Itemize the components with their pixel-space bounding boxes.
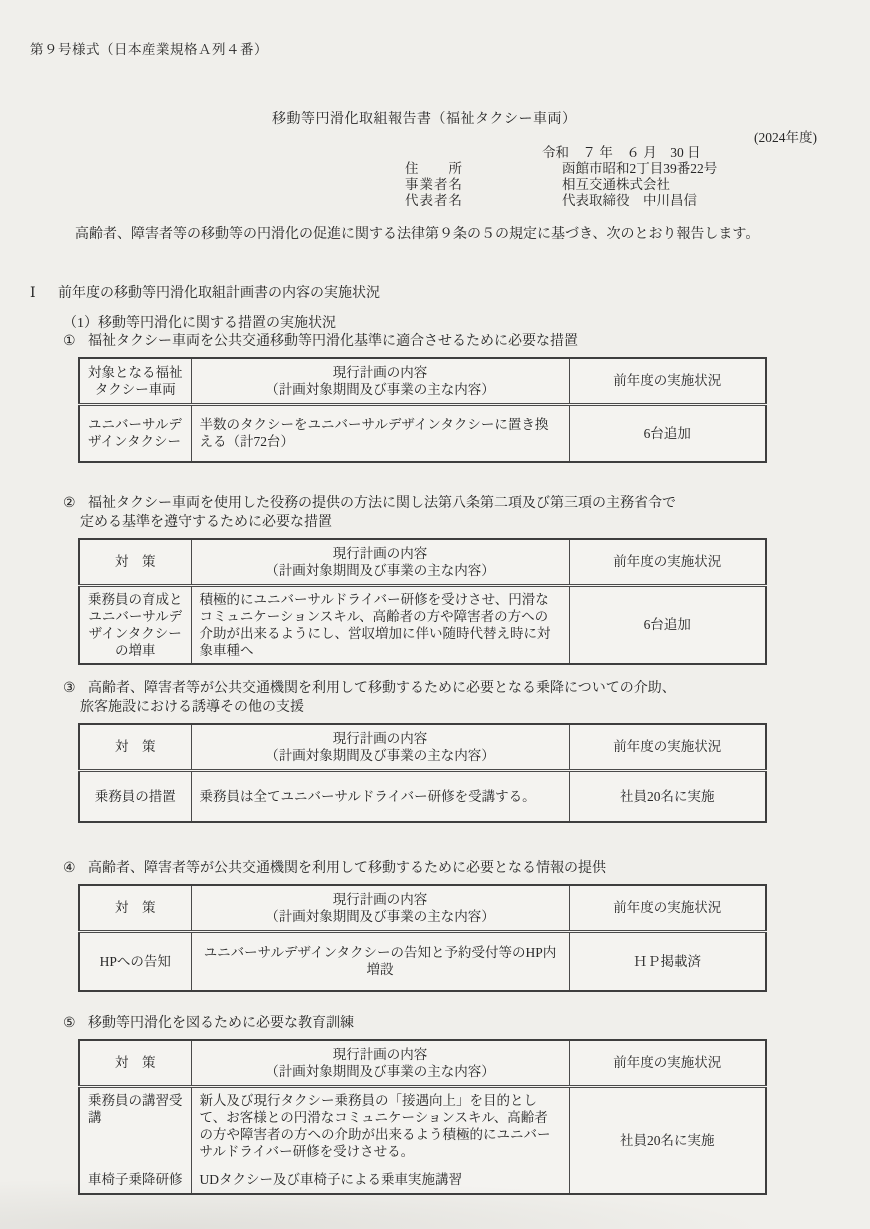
address-row: 住 所 函館市昭和2丁目39番22号 (405, 161, 717, 177)
operator-row: 事業者名 相互交通株式会社 (405, 177, 717, 193)
item2-heading-line2: 定める基準を遵守するために必要な措置 (63, 513, 793, 532)
item4-target-cell: HPへの告知 (79, 931, 191, 991)
operator-label: 事業者名 (405, 177, 562, 193)
item5-header-row: 対 策 現行計画の内容 （計画対象期間及び事業の主な内容） 前年度の実施状況 (79, 1040, 766, 1086)
submitter-block: 令和 ７ 年 ６ 月 30 日 住 所 函館市昭和2丁目39番22号 事業者名 … (405, 145, 717, 209)
item4-header-row: 対 策 現行計画の内容 （計画対象期間及び事業の主な内容） 前年度の実施状況 (79, 885, 766, 931)
item5-marker: ⑤ (63, 1014, 88, 1033)
item2-plan-cell: 積極的にユニバーサルドライバー研修を受けさせ、円滑なコミュニケーションスキル、高… (191, 585, 569, 664)
item5-status-cell: 社員20名に実施 (569, 1086, 766, 1194)
item3-heading: ③高齢者、障害者等が公共交通機関を利用して移動するために必要となる乗降についての… (63, 679, 793, 717)
item5-heading: ⑤移動等円滑化を図るために必要な教育訓練 (63, 1014, 793, 1033)
item1-col3-header: 前年度の実施状況 (569, 358, 766, 404)
item2-status-cell: 6台追加 (569, 585, 766, 664)
item3-plan-cell: 乗務員は全てユニバーサルドライバー研修を受講する。 (191, 770, 569, 822)
section1-heading: Ⅰ前年度の移動等円滑化取組計画書の内容の実施状況 (30, 282, 380, 302)
item5-col1-header: 対 策 (79, 1040, 191, 1086)
item5-col2-header: 現行計画の内容 （計画対象期間及び事業の主な内容） (191, 1040, 569, 1086)
section1-numeral: Ⅰ (30, 285, 58, 302)
item1-col2-header: 現行計画の内容 （計画対象期間及び事業の主な内容） (191, 358, 569, 404)
item2-data-row: 乗務員の育成とユニバーサルデザインタクシーの増車 積極的にユニバーサルドライバー… (79, 585, 766, 664)
item5-table: 対 策 現行計画の内容 （計画対象期間及び事業の主な内容） 前年度の実施状況 乗… (78, 1039, 767, 1195)
representative-row: 代表者名 代表取締役 中川昌信 (405, 193, 717, 209)
col2-header-line1: 現行計画の内容 (200, 730, 561, 747)
measure-item-2: ②福祉タクシー車両を使用した役務の提供の方法に関し法第八条第二項及び第三項の主務… (63, 494, 793, 665)
item1-col1-header: 対象となる福祉タクシー車両 (79, 358, 191, 404)
item1-status-cell: 6台追加 (569, 404, 766, 462)
measure-item-3: ③高齢者、障害者等が公共交通機関を利用して移動するために必要となる乗降についての… (63, 679, 793, 823)
item2-col2-header: 現行計画の内容 （計画対象期間及び事業の主な内容） (191, 539, 569, 585)
item3-heading-text: 高齢者、障害者等が公共交通機関を利用して移動するために必要となる乗降についての介… (88, 681, 676, 696)
operator-value: 相互交通株式会社 (562, 177, 670, 193)
report-date: 令和 ７ 年 ６ 月 30 日 (405, 145, 717, 161)
item5-data-row: 乗務員の講習受講 車椅子乗降研修 新人及び現行タクシー乗務員の「接遇向上」を目的… (79, 1086, 766, 1194)
col2-header-line2: （計画対象期間及び事業の主な内容） (200, 747, 561, 764)
item5-col3-header: 前年度の実施状況 (569, 1040, 766, 1086)
item1-target-cell: ユニバーサルデザインタクシー (79, 404, 191, 462)
item1-marker: ① (63, 332, 88, 351)
item4-marker: ④ (63, 859, 88, 878)
item4-data-row: HPへの告知 ユニバーサルデザインタクシーの告知と予約受付等のHP内増設 ＨＰ掲… (79, 931, 766, 991)
item2-col1-header: 対 策 (79, 539, 191, 585)
col2-header-line2: （計画対象期間及び事業の主な内容） (200, 562, 561, 579)
item3-col3-header: 前年度の実施状況 (569, 724, 766, 770)
measure-item-1: ①福祉タクシー車両を公共交通移動等円滑化基準に適合させるために必要な措置 対象と… (63, 332, 793, 463)
col2-header-line2: （計画対象期間及び事業の主な内容） (200, 1063, 561, 1080)
item1-plan-cell: 半数のタクシーをユニバーサルデザインタクシーに置き換える（計72台） (191, 404, 569, 462)
address-value: 函館市昭和2丁目39番22号 (562, 161, 717, 177)
item4-col3-header: 前年度の実施状況 (569, 885, 766, 931)
item4-plan-cell: ユニバーサルデザインタクシーの告知と予約受付等のHP内増設 (191, 931, 569, 991)
item5-heading-text: 移動等円滑化を図るために必要な教育訓練 (88, 1016, 354, 1031)
measure-item-5: ⑤移動等円滑化を図るために必要な教育訓練 対 策 現行計画の内容 （計画対象期間… (63, 1014, 793, 1195)
scanned-report-page: { "colors":{"paper":"#f0efeb","ink":"#26… (0, 0, 870, 1229)
item1-header-row: 対象となる福祉タクシー車両 現行計画の内容 （計画対象期間及び事業の主な内容） … (79, 358, 766, 404)
item3-heading-line2: 旅客施設における誘導その他の支援 (63, 698, 793, 717)
col2-header-line1: 現行計画の内容 (200, 1046, 561, 1063)
item2-heading-text: 福祉タクシー車両を使用した役務の提供の方法に関し法第八条第二項及び第三項の主務省… (88, 496, 676, 511)
item2-header-row: 対 策 現行計画の内容 （計画対象期間及び事業の主な内容） 前年度の実施状況 (79, 539, 766, 585)
item3-data-row: 乗務員の措置 乗務員は全てユニバーサルドライバー研修を受講する。 社員20名に実… (79, 770, 766, 822)
item3-marker: ③ (63, 679, 88, 698)
item2-target-cell: 乗務員の育成とユニバーサルデザインタクシーの増車 (79, 585, 191, 664)
item4-col1-header: 対 策 (79, 885, 191, 931)
item3-table: 対 策 現行計画の内容 （計画対象期間及び事業の主な内容） 前年度の実施状況 乗… (78, 723, 767, 823)
item4-heading-text: 高齢者、障害者等が公共交通機関を利用して移動するために必要となる情報の提供 (88, 861, 606, 876)
item2-table: 対 策 現行計画の内容 （計画対象期間及び事業の主な内容） 前年度の実施状況 乗… (78, 538, 767, 665)
item1-data-row: ユニバーサルデザインタクシー 半数のタクシーをユニバーサルデザインタクシーに置き… (79, 404, 766, 462)
item2-col3-header: 前年度の実施状況 (569, 539, 766, 585)
item5-plan-b: UDタクシー及び車椅子による乗車実施講習 (200, 1171, 561, 1188)
item5-target-b: 車椅子乗降研修 (88, 1171, 183, 1188)
item1-heading: ①福祉タクシー車両を公共交通移動等円滑化基準に適合させるために必要な措置 (63, 332, 793, 351)
intro-paragraph: 高齢者、障害者等の移動等の円滑化の促進に関する法律第９条の５の規定に基づき、次の… (75, 226, 787, 244)
col2-header-line1: 現行計画の内容 (200, 364, 561, 381)
page-title: 移動等円滑化取組報告書（福祉タクシー車両） (272, 108, 577, 128)
item3-header-row: 対 策 現行計画の内容 （計画対象期間及び事業の主な内容） 前年度の実施状況 (79, 724, 766, 770)
representative-label: 代表者名 (405, 193, 562, 209)
section1-subheading: （1）移動等円滑化に関する措置の実施状況 (63, 312, 336, 332)
representative-value: 代表取締役 中川昌信 (562, 193, 697, 209)
item3-col2-header: 現行計画の内容 （計画対象期間及び事業の主な内容） (191, 724, 569, 770)
item4-table: 対 策 現行計画の内容 （計画対象期間及び事業の主な内容） 前年度の実施状況 H… (78, 884, 767, 992)
item4-col2-header: 現行計画の内容 （計画対象期間及び事業の主な内容） (191, 885, 569, 931)
section1-title: 前年度の移動等円滑化取組計画書の内容の実施状況 (58, 286, 380, 301)
measure-item-4: ④高齢者、障害者等が公共交通機関を利用して移動するために必要となる情報の提供 対… (63, 859, 793, 992)
col2-header-line1: 現行計画の内容 (200, 545, 561, 562)
item2-marker: ② (63, 494, 88, 513)
item3-status-cell: 社員20名に実施 (569, 770, 766, 822)
col2-header-line2: （計画対象期間及び事業の主な内容） (200, 381, 561, 398)
col2-header-line2: （計画対象期間及び事業の主な内容） (200, 908, 561, 925)
item3-col1-header: 対 策 (79, 724, 191, 770)
item4-heading: ④高齢者、障害者等が公共交通機関を利用して移動するために必要となる情報の提供 (63, 859, 793, 878)
item5-target-cell: 乗務員の講習受講 車椅子乗降研修 (79, 1086, 191, 1194)
form-number: 第９号様式（日本産業規格Ａ列４番） (30, 38, 268, 58)
item3-target-cell: 乗務員の措置 (79, 770, 191, 822)
item5-plan-a: 新人及び現行タクシー乗務員の「接遇向上」を目的として、お客様との円滑なコミュニケ… (200, 1092, 561, 1160)
item4-status-cell: ＨＰ掲載済 (569, 931, 766, 991)
item5-plan-cell: 新人及び現行タクシー乗務員の「接遇向上」を目的として、お客様との円滑なコミュニケ… (191, 1086, 569, 1194)
col2-header-line1: 現行計画の内容 (200, 891, 561, 908)
item2-heading: ②福祉タクシー車両を使用した役務の提供の方法に関し法第八条第二項及び第三項の主務… (63, 494, 793, 532)
fiscal-year: (2024年度) (754, 126, 817, 146)
address-label: 住 所 (405, 161, 562, 177)
item1-heading-text: 福祉タクシー車両を公共交通移動等円滑化基準に適合させるために必要な措置 (88, 334, 578, 349)
item1-table: 対象となる福祉タクシー車両 現行計画の内容 （計画対象期間及び事業の主な内容） … (78, 357, 767, 463)
item5-target-a: 乗務員の講習受講 (88, 1092, 183, 1126)
